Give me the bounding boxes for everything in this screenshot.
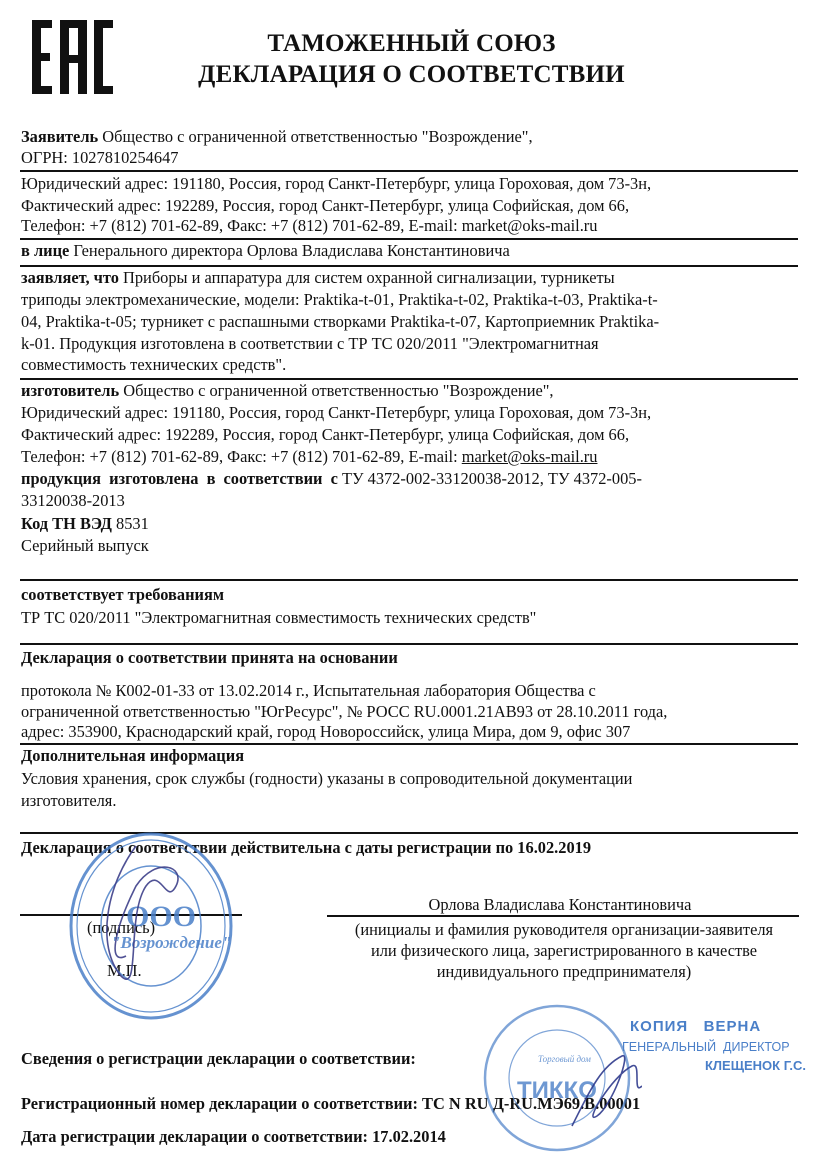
divider — [20, 579, 798, 581]
tn-ved-value: 8531 — [112, 514, 149, 533]
produced-value-cont: 33120038-2013 — [21, 491, 125, 511]
manufacturer-actual-address: Фактический адрес: 192289, Россия, город… — [21, 425, 629, 445]
title-line-1: ТАМОЖЕННЫЙ СОЮЗ — [0, 28, 823, 59]
tn-ved-line: Код ТН ВЭД 8531 — [21, 514, 149, 534]
manufacturer-contacts: Телефон: +7 (812) 701-62-89, Факс: +7 (8… — [21, 447, 597, 467]
applicant-actual-address: Фактический адрес: 192289, Россия, город… — [21, 196, 629, 216]
applicant-label: Заявитель — [21, 127, 98, 146]
produced-line: продукция изготовлена в соответствии с Т… — [21, 469, 642, 489]
declares-line-5: совместимость технических средств". — [21, 355, 286, 375]
declares-line-4: k-01. Продукция изготовлена в соответств… — [21, 334, 599, 354]
registration-number-label: Регистрационный номер декларации о соотв… — [21, 1094, 422, 1113]
registration-date-value: 17.02.2014 — [372, 1127, 446, 1146]
divider — [20, 265, 798, 267]
basis-line-1: протокола № К002-01-33 от 13.02.2014 г.,… — [21, 681, 596, 701]
signer-caption-2: или физического лица, зарегистрированног… — [320, 941, 808, 961]
divider — [20, 643, 798, 645]
registration-info-label: Сведения о регистрации декларации о соот… — [21, 1049, 416, 1069]
represented-line: в лице Генерального директора Орлова Вла… — [21, 241, 510, 261]
additional-label: Дополнительная информация — [21, 746, 244, 766]
manufacturer-email-link[interactable]: market@oks-mail.ru — [462, 447, 598, 466]
manufacturer-name: Общество с ограниченной ответственностью… — [119, 381, 553, 400]
manufacturer-contacts-text: Телефон: +7 (812) 701-62-89, Факс: +7 (8… — [21, 447, 462, 466]
applicant-line: Заявитель Общество с ограниченной ответс… — [21, 127, 533, 147]
applicant-name: Общество с ограниченной ответственностью… — [98, 127, 532, 146]
produced-value: ТУ 4372-002-33120038-2012, ТУ 4372-005- — [338, 469, 642, 488]
manufacturer-label: изготовитель — [21, 381, 119, 400]
applicant-contacts: Телефон: +7 (812) 701-62-89, Факс: +7 (8… — [21, 216, 597, 236]
registration-date-line: Дата регистрации декларации о соответств… — [21, 1127, 446, 1147]
production-type: Серийный выпуск — [21, 536, 149, 556]
represented-by: Генерального директора Орлова Владислава… — [69, 241, 509, 260]
copy-verified-text: КОПИЯ ВЕРНА — [630, 1018, 761, 1035]
signer-name: Орлова Владислава Константиновича — [320, 895, 800, 915]
applicant-ogrn: ОГРН: 1027810254647 — [21, 148, 178, 168]
general-director-text: ГЕНЕРАЛЬНЫЙ ДИРЕКТОР — [622, 1040, 790, 1054]
divider — [20, 378, 798, 380]
document-title: ТАМОЖЕННЫЙ СОЮЗ ДЕКЛАРАЦИЯ О СООТВЕТСТВИ… — [0, 28, 823, 90]
title-line-2: ДЕКЛАРАЦИЯ О СООТВЕТСТВИИ — [0, 59, 823, 90]
basis-line-3: адрес: 353900, Краснодарский край, город… — [21, 722, 630, 742]
represented-label: в лице — [21, 241, 69, 260]
divider — [20, 743, 798, 745]
declares-label: заявляет, что — [21, 268, 119, 287]
tn-ved-label: Код ТН ВЭД — [21, 514, 112, 533]
seal-company-text: "Возрождение" — [111, 933, 231, 952]
declares-text: Приборы и аппаратура для систем охранной… — [119, 268, 615, 287]
divider — [20, 238, 798, 240]
director-name-text: КЛЕЩЕНОК Г.С. — [705, 1058, 806, 1073]
company-seal-stamp: ООО "Возрождение" — [66, 826, 236, 1026]
signer-line — [327, 915, 799, 917]
signer-caption-1: (инициалы и фамилия руководителя организ… — [320, 920, 808, 940]
seal-subtitle: Торговый дом — [538, 1054, 591, 1064]
produced-label: продукция изготовлена в соответствии с — [21, 469, 338, 488]
declares-line-1: заявляет, что Приборы и аппаратура для с… — [21, 268, 615, 288]
additional-line-1: Условия хранения, срок службы (годности)… — [21, 769, 632, 789]
basis-line-2: ограниченной ответственностью "ЮгРесурс"… — [21, 702, 667, 722]
declares-line-2: триподы электромеханические, модели: Pra… — [21, 290, 658, 310]
conformity-label: соответствует требованиям — [21, 585, 224, 605]
tiko-seal-stamp: Торговый дом ТИККО — [482, 996, 642, 1161]
basis-label: Декларация о соответствии принята на осн… — [21, 648, 398, 668]
divider — [20, 170, 798, 172]
additional-line-2: изготовителя. — [21, 791, 116, 811]
registration-date-label: Дата регистрации декларации о соответств… — [21, 1127, 372, 1146]
manufacturer-line: изготовитель Общество с ограниченной отв… — [21, 381, 554, 401]
conformity-value: ТР ТС 020/2011 "Электромагнитная совмест… — [21, 608, 536, 628]
signer-caption-3: индивидуального предпринимателя) — [320, 962, 808, 982]
manufacturer-legal-address: Юридический адрес: 191180, Россия, город… — [21, 403, 651, 423]
applicant-legal-address: Юридический адрес: 191180, Россия, город… — [21, 174, 797, 194]
declares-line-3: 04, Praktika-t-05; турникет с распашными… — [21, 312, 659, 332]
